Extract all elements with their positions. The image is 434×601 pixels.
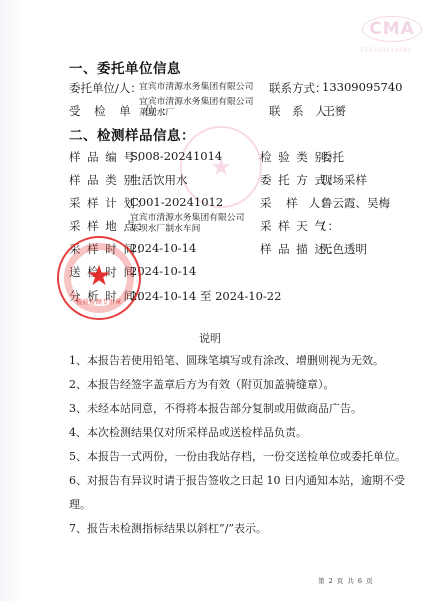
sampling-site-value-line2: 莱坝水厂制水车间 (130, 224, 200, 234)
sampling-weather-label: 采 样 天 气： (260, 218, 340, 234)
contact-method-label: 联系方式： (269, 80, 327, 96)
section2-title: 二、检测样品信息： (69, 124, 195, 144)
note-item: 理。 (69, 496, 91, 512)
seal-bottom-text: 检验检测专用章 (59, 297, 139, 306)
entrust-method-value: 现场采样 (321, 172, 367, 188)
note-item: 1、本报告若使用铅笔、圆珠笔填写或有涂改、增删则视为无效。 (69, 352, 384, 368)
section1-title: 一、委托单位信息 (69, 57, 181, 77)
inspected-unit-value-line2: 莱坝水厂 (139, 108, 174, 118)
contact-method-value: 13309095740 (322, 80, 402, 94)
note-item: 6、对报告有异议时请于报告签收之日起 10 日内通知本站，逾期不受 (69, 472, 405, 488)
notes-title: 说明 (199, 330, 221, 346)
sampling-site-value-line1: 宜宾市清源水务集团有限公司 (130, 213, 244, 223)
note-item: 3、未经本站同意，不得将本报告部分复制或用做商品广告。 (69, 400, 362, 416)
star-icon: ★ (86, 262, 111, 290)
official-red-seal: ★ 检验检测专用章 (57, 236, 141, 320)
page-indicator: 第 2 页 共 6 页 (318, 576, 374, 585)
note-item: 7、报告未检测指标结果以斜杠“/”表示。 (69, 520, 267, 536)
sampler-value: 鲁云霞、吴梅 (321, 195, 390, 211)
note-item: 5、本报告一式两份，一份由我站存档，一份交送检单位或委托单位。 (69, 448, 406, 464)
sample-category-value: 生活饮用水 (130, 172, 188, 188)
client-value: 宜宾市清源水务集团有限公司 (139, 82, 253, 92)
note-item: 2、本报告经签字盖章后方为有效（附页加盖骑缝章）。 (69, 376, 335, 392)
inspection-type-value: 委托 (321, 149, 344, 165)
scan-edge-shadow (0, 0, 22, 601)
cma-logo-text: CMA (369, 19, 415, 39)
note-item: 4、本次检测结果仅对所采样品或送检样品负责。 (69, 424, 307, 440)
sampling-time-value: 2024-10-14 (130, 241, 196, 255)
cma-cert-number: 170100210280 (360, 47, 412, 54)
inspected-unit-value-line1: 宜宾市清源水务集团有限公司 (139, 97, 253, 107)
contact-person-value: 王赟 (323, 103, 346, 119)
client-label: 委托单位/人： (69, 80, 142, 96)
cma-logo-icon: CMA (362, 16, 422, 42)
report-page: CMA 170100210280 ★ 一、委托单位信息 委托单位/人： 宜宾市清… (0, 0, 434, 601)
sample-description-value: 无色透明 (321, 241, 367, 257)
sampling-plan-value: C001-20241012 (130, 195, 223, 209)
analysis-time-value: 2024-10-14 至 2024-10-22 (130, 288, 281, 304)
sampling-weather-value: / (321, 218, 325, 232)
sample-id-value: S008-20241014 (130, 149, 222, 163)
